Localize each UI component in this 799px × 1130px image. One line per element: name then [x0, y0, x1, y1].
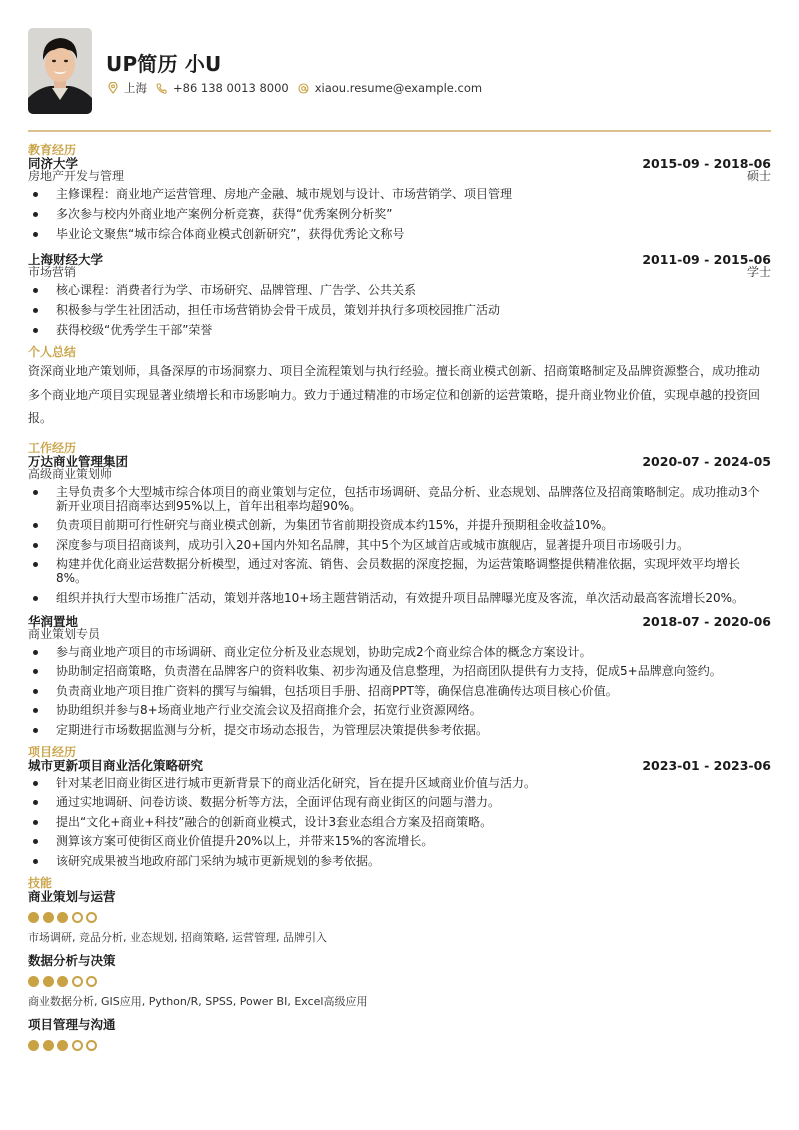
work-entry: 万达商业管理集团 高级商业策划师 2020-07 - 2024-05 主导负责多…: [28, 455, 771, 605]
work-entry: 华润置地 商业策划专员 2018-07 - 2020-06 参与商业地产项目的市…: [28, 615, 771, 737]
list-item: 负责商业地产项目推广资料的撰写与编辑，包括项目手册、招商PPT等，确保信息准确传…: [28, 684, 771, 698]
bullet-list: 核心课程：消费者行为学、市场研究、品牌管理、广告学、公共关系 积极参与学生社团活…: [28, 283, 771, 337]
bullet-list: 主导负责多个大型城市综合体项目的商业策划与定位，包括市场调研、竞品分析、业态规划…: [28, 485, 771, 605]
email-text[interactable]: xiaou.resume@example.com: [315, 81, 482, 95]
list-item: 深度参与项目招商谈判，成功引入20+国内外知名品牌，其中5个为区域首店或城市旗舰…: [28, 538, 771, 552]
rating-dot-filled-icon: [43, 1040, 54, 1051]
list-item: 组织并执行大型市场推广活动，策划并落地10+场主题营销活动，有效提升项目品牌曝光…: [28, 591, 771, 605]
rating-dot-filled-icon: [28, 976, 39, 987]
rating-dot-filled-icon: [43, 912, 54, 923]
rating-dot-empty-icon: [86, 1040, 97, 1051]
list-item: 负责项目前期可行性研究与商业模式创新，为集团节省前期投资成本约15%，并提升预期…: [28, 518, 771, 532]
list-item: 通过实地调研、问卷访谈、数据分析等方法，全面评估现有商业街区的问题与潜力。: [28, 795, 771, 809]
phone-icon: [156, 83, 167, 94]
company-name: 万达商业管理集团: [28, 455, 128, 468]
list-item: 核心课程：消费者行为学、市场研究、品牌管理、广告学、公共关系: [28, 283, 771, 297]
project-name: 城市更新项目商业活化策略研究: [28, 759, 203, 772]
summary-section: 个人总结 资深商业地产策划师，具备深厚的市场洞察力、项目全流程策划与执行经验。擅…: [28, 345, 771, 431]
skill-item: 商业策划与运营 市场调研, 竞品分析, 业态规划, 招商策略, 运营管理, 品牌…: [28, 890, 771, 944]
contact-info: 上海 +86 138 0013 8000 xiaou.resume@exampl…: [108, 80, 491, 96]
location-pin-icon: [108, 82, 118, 94]
skill-keywords: 市场调研, 竞品分析, 业态规划, 招商策略, 运营管理, 品牌引入: [28, 931, 771, 944]
skill-name: 数据分析与决策: [28, 954, 771, 968]
rating-dot-empty-icon: [72, 976, 83, 987]
bullet-list: 针对某老旧商业街区进行城市更新背景下的商业活化研究，旨在提升区域商业价值与活力。…: [28, 776, 771, 868]
rating-dot-filled-icon: [57, 1040, 68, 1051]
skill-name: 商业策划与运营: [28, 890, 771, 904]
rating-dot-empty-icon: [72, 1040, 83, 1051]
rating-dot-filled-icon: [57, 976, 68, 987]
skill-item: 项目管理与沟通: [28, 1018, 771, 1051]
skills-section: 技能 商业策划与运营 市场调研, 竞品分析, 业态规划, 招商策略, 运营管理,…: [28, 876, 771, 1051]
phone-text: +86 138 0013 8000: [173, 81, 289, 95]
job-title: 商业策划专员: [28, 628, 100, 641]
projects-section: 项目经历 城市更新项目商业活化策略研究 2023-01 - 2023-06 针对…: [28, 745, 771, 868]
list-item: 参与商业地产项目的市场调研、商业定位分析及业态规划，协助完成2个商业综合体的概念…: [28, 645, 771, 659]
candidate-name: UP简历 小U: [106, 48, 222, 77]
list-item: 提出“文化+商业+科技”融合的创新商业模式，设计3套业态组合方案及招商策略。: [28, 815, 771, 829]
job-title: 高级商业策划师: [28, 468, 128, 481]
list-item: 主导负责多个大型城市综合体项目的商业策划与定位，包括市场调研、竞品分析、业态规划…: [28, 485, 771, 513]
rating-dot-filled-icon: [28, 1040, 39, 1051]
section-title-education: 教育经历: [28, 143, 771, 157]
skill-keywords: 商业数据分析, GIS应用, Python/R, SPSS, Power BI,…: [28, 995, 771, 1008]
list-item: 定期进行市场数据监测与分析，提交市场动态报告，为管理层决策提供参考依据。: [28, 723, 771, 737]
section-title-skills: 技能: [28, 876, 771, 890]
skill-rating: [28, 976, 771, 987]
email-at-icon: [298, 83, 309, 94]
list-item: 获得校级“优秀学生干部”荣誉: [28, 323, 771, 337]
contact-location: 上海: [108, 80, 147, 96]
summary-text: 资深商业地产策划师，具备深厚的市场洞察力、项目全流程策划与执行经验。擅长商业模式…: [28, 360, 771, 431]
list-item: 多次参与校内外商业地产案例分析竞赛，获得“优秀案例分析奖”: [28, 207, 771, 221]
date-range: 2018-07 - 2020-06: [642, 615, 771, 628]
header-divider: [28, 130, 771, 132]
skill-name: 项目管理与沟通: [28, 1018, 771, 1032]
list-item: 协助制定招商策略，负责潜在品牌客户的资料收集、初步沟通及信息整理，为招商团队提供…: [28, 664, 771, 678]
major: 市场营销: [28, 266, 103, 279]
rating-dot-empty-icon: [86, 912, 97, 923]
rating-dot-filled-icon: [57, 912, 68, 923]
rating-dot-filled-icon: [43, 976, 54, 987]
degree: 学士: [642, 266, 771, 279]
work-section: 工作经历 万达商业管理集团 高级商业策划师 2020-07 - 2024-05 …: [28, 441, 771, 737]
list-item: 针对某老旧商业街区进行城市更新背景下的商业活化研究，旨在提升区域商业价值与活力。: [28, 776, 771, 790]
section-title-work: 工作经历: [28, 441, 771, 455]
resume-header: UP简历 小U 上海 +86 138 0013 8000 xiaou.resum…: [28, 28, 773, 114]
resume-body: 教育经历 同济大学 房地产开发与管理 2015-09 - 2018-06 硕士 …: [28, 143, 771, 1051]
bullet-list: 主修课程：商业地产运营管理、房地产金融、城市规划与设计、市场营销学、项目管理 多…: [28, 187, 771, 241]
list-item: 该研究成果被当地政府部门采纳为城市更新规划的参考依据。: [28, 854, 771, 868]
profile-photo: [28, 28, 92, 114]
list-item: 测算该方案可使街区商业价值提升20%以上，并带来15%的客流增长。: [28, 834, 771, 848]
section-title-summary: 个人总结: [28, 345, 771, 359]
date-range: 2020-07 - 2024-05: [642, 455, 771, 468]
rating-dot-empty-icon: [72, 912, 83, 923]
rating-dot-filled-icon: [28, 912, 39, 923]
major: 房地产开发与管理: [28, 170, 124, 183]
education-entry: 同济大学 房地产开发与管理 2015-09 - 2018-06 硕士 主修课程：…: [28, 157, 771, 241]
rating-dot-empty-icon: [86, 976, 97, 987]
skill-rating: [28, 912, 771, 923]
degree: 硕士: [642, 170, 771, 183]
education-section: 教育经历 同济大学 房地产开发与管理 2015-09 - 2018-06 硕士 …: [28, 143, 771, 337]
list-item: 毕业论文聚焦“城市综合体商业模式创新研究”，获得优秀论文称号: [28, 227, 771, 241]
section-title-projects: 项目经历: [28, 745, 771, 759]
bullet-list: 参与商业地产项目的市场调研、商业定位分析及业态规划，协助完成2个商业综合体的概念…: [28, 645, 771, 737]
date-range: 2023-01 - 2023-06: [642, 759, 771, 772]
education-entry: 上海财经大学 市场营销 2011-09 - 2015-06 学士 核心课程：消费…: [28, 253, 771, 337]
company-name: 华润置地: [28, 615, 100, 628]
contact-email: xiaou.resume@example.com: [298, 81, 482, 95]
project-entry: 城市更新项目商业活化策略研究 2023-01 - 2023-06 针对某老旧商业…: [28, 759, 771, 868]
list-item: 协助组织并参与8+场商业地产行业交流会议及招商推介会，拓宽行业资源网络。: [28, 703, 771, 717]
list-item: 积极参与学生社团活动，担任市场营销协会骨干成员，策划并执行多项校园推广活动: [28, 303, 771, 317]
list-item: 构建并优化商业运营数据分析模型，通过对客流、销售、会员数据的深度挖掘，为运营策略…: [28, 557, 771, 585]
list-item: 主修课程：商业地产运营管理、房地产金融、城市规划与设计、市场营销学、项目管理: [28, 187, 771, 201]
location-text: 上海: [124, 80, 147, 96]
skill-item: 数据分析与决策 商业数据分析, GIS应用, Python/R, SPSS, P…: [28, 954, 771, 1008]
contact-phone: +86 138 0013 8000: [156, 81, 289, 95]
skill-rating: [28, 1040, 771, 1051]
